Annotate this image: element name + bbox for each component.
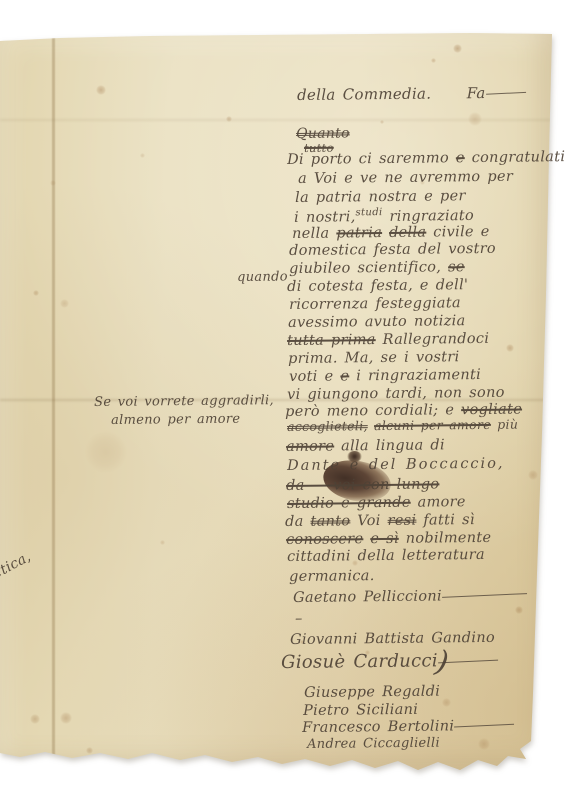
- body-line: di cotesta festa, e dell': [287, 277, 468, 295]
- text-segment: Rallegrandoci: [376, 331, 490, 348]
- text-segment: i ringraziamenti: [349, 367, 481, 384]
- text-segment: Andrea Ciccaglielli: [307, 736, 440, 752]
- text-segment: se: [448, 259, 465, 275]
- text-segment: amore: [286, 438, 334, 455]
- pen-flourish: [442, 593, 527, 598]
- text-segment: nella: [292, 226, 336, 242]
- text-segment: e: [456, 150, 465, 166]
- body-line: conoscere e sì nobilmente: [286, 530, 491, 548]
- body-line: a Voi e ve ne avremmo per: [298, 169, 513, 187]
- margin-note: quando: [237, 269, 288, 285]
- text-segment: la patria nostra e per: [295, 188, 466, 206]
- text-segment: –: [295, 611, 303, 627]
- body-line: da tanto Voi resi fatti sì: [285, 512, 475, 530]
- text-segment: patria: [336, 225, 382, 241]
- text-segment: quando: [237, 269, 288, 285]
- signature: Andrea Ciccaglielli: [307, 736, 440, 752]
- text-segment: conoscere: [286, 531, 363, 548]
- text-segment: Giovanni Battista Gandino: [290, 630, 495, 648]
- text-segment: Pietro Siciliani: [303, 702, 418, 719]
- body-line: nella patria della civile e: [292, 224, 490, 242]
- handwritten-text-layer: della Commedia. FaQuantotuttoDi porto ci…: [0, 0, 566, 800]
- body-line: ricorrenza festeggiata: [289, 295, 461, 313]
- text-segment: i nostri,: [294, 209, 356, 226]
- text-segment: Fa: [467, 84, 486, 102]
- signature: Francesco Bertolini: [302, 718, 514, 736]
- text-segment: Dante e del Boccaccio,: [287, 456, 505, 474]
- text-segment: prima. Ma, se i vostri: [288, 349, 460, 367]
- text-segment: di cotesta festa, e dell': [287, 277, 468, 295]
- text-segment: Se voi vorrete aggradirli,: [94, 393, 274, 410]
- text-segment: della Commedia.: [297, 84, 467, 104]
- body-line: studio e grande amore: [287, 494, 466, 512]
- signature: Giovanni Battista Gandino: [290, 630, 495, 648]
- signature: Gaetano Pelliccioni: [293, 588, 527, 606]
- text-segment: giubileo scientifico,: [289, 259, 448, 277]
- body-line: –: [295, 611, 303, 627]
- text-segment: Di porto ci saremmo: [287, 150, 456, 168]
- body-line: la patria nostra e per: [295, 188, 466, 206]
- text-segment: resi: [388, 513, 417, 529]
- text-segment: a Voi e ve ne avremmo per: [298, 169, 513, 187]
- text-segment: Quanto: [296, 125, 350, 142]
- text-segment: accoglieteli,: [287, 418, 368, 434]
- scanned-manuscript-page: della Commedia. FaQuantotuttoDi porto ci…: [0, 0, 566, 800]
- text-segment: cittadini della letteratura: [287, 547, 485, 565]
- body-line: accoglieteli, alcuni per amore più: [287, 417, 518, 434]
- header-line: della Commedia. Fa: [297, 84, 526, 104]
- text-segment: fatti sì: [416, 512, 474, 529]
- body-line: avessimo avuto notizia: [288, 313, 466, 331]
- signature: Giuseppe Regaldi: [304, 684, 440, 701]
- text-segment: più: [491, 417, 518, 432]
- body-line: Quanto: [296, 125, 350, 142]
- body-line: amore alla lingua di: [286, 437, 445, 455]
- text-segment: da: [285, 514, 311, 530]
- text-segment: domestica festa del vostro: [289, 241, 496, 259]
- text-segment: Francesco Bertolini: [302, 718, 454, 736]
- text-segment: voti e: [289, 368, 340, 385]
- text-segment: ricorrenza festeggiata: [289, 295, 461, 313]
- signature: Giosuè Carducci: [281, 650, 498, 673]
- body-line: voti e e i ringraziamenti: [289, 367, 481, 385]
- body-line: da — voi con lungo: [286, 476, 440, 494]
- text-segment: amore: [411, 494, 466, 511]
- body-line: i nostri,studi ringraziato: [294, 206, 474, 226]
- body-line: Dante e del Boccaccio,: [287, 456, 505, 474]
- edge-note: etica,: [0, 549, 34, 582]
- text-segment: della: [389, 225, 426, 241]
- text-segment: Giosuè Carducci: [281, 650, 438, 673]
- body-line: domestica festa del vostro: [289, 241, 496, 259]
- body-line: germanica.: [289, 568, 375, 585]
- text-segment: da — voi con lungo: [286, 476, 440, 494]
- text-segment: e: [340, 368, 349, 384]
- margin-note: almeno per amore: [111, 412, 240, 428]
- text-segment: etica,: [0, 549, 34, 582]
- text-segment: studi: [355, 207, 382, 218]
- text-segment: vi giungono tardi, non sono: [287, 385, 505, 403]
- text-segment: Gaetano Pelliccioni: [293, 588, 442, 606]
- text-segment: e sì: [370, 531, 399, 547]
- body-line: tutta prima Rallegrandoci: [287, 331, 489, 349]
- text-segment: alla lingua di: [334, 437, 445, 454]
- text-segment: Giuseppe Regaldi: [304, 684, 440, 701]
- text-segment: germanica.: [289, 568, 375, 585]
- text-segment: ringraziato: [382, 208, 474, 225]
- body-line: vi giungono tardi, non sono: [287, 385, 505, 403]
- body-line: cittadini della letteratura: [287, 547, 485, 565]
- body-line: giubileo scientifico, se: [289, 259, 465, 277]
- body-line: prima. Ma, se i vostri: [288, 349, 460, 367]
- text-segment: nobilmente: [399, 530, 492, 547]
- body-line: Di porto ci saremmo e congratulati: [287, 149, 565, 168]
- text-segment: congratulati: [465, 149, 566, 166]
- pen-flourish: [486, 92, 526, 95]
- text-segment: tanto: [310, 513, 350, 529]
- signature: Pietro Siciliani: [303, 702, 418, 719]
- text-segment: civile e: [426, 224, 489, 241]
- text-segment: avessimo avuto notizia: [288, 313, 466, 331]
- text-segment: alcuni per amore: [374, 417, 491, 433]
- text-segment: almeno per amore: [111, 412, 240, 428]
- text-segment: Voi: [350, 513, 387, 529]
- text-segment: tutta prima: [287, 332, 376, 349]
- text-segment: studio e grande: [287, 495, 411, 512]
- margin-note: Se voi vorrete aggradirli,: [94, 393, 274, 410]
- pen-flourish: [454, 724, 514, 728]
